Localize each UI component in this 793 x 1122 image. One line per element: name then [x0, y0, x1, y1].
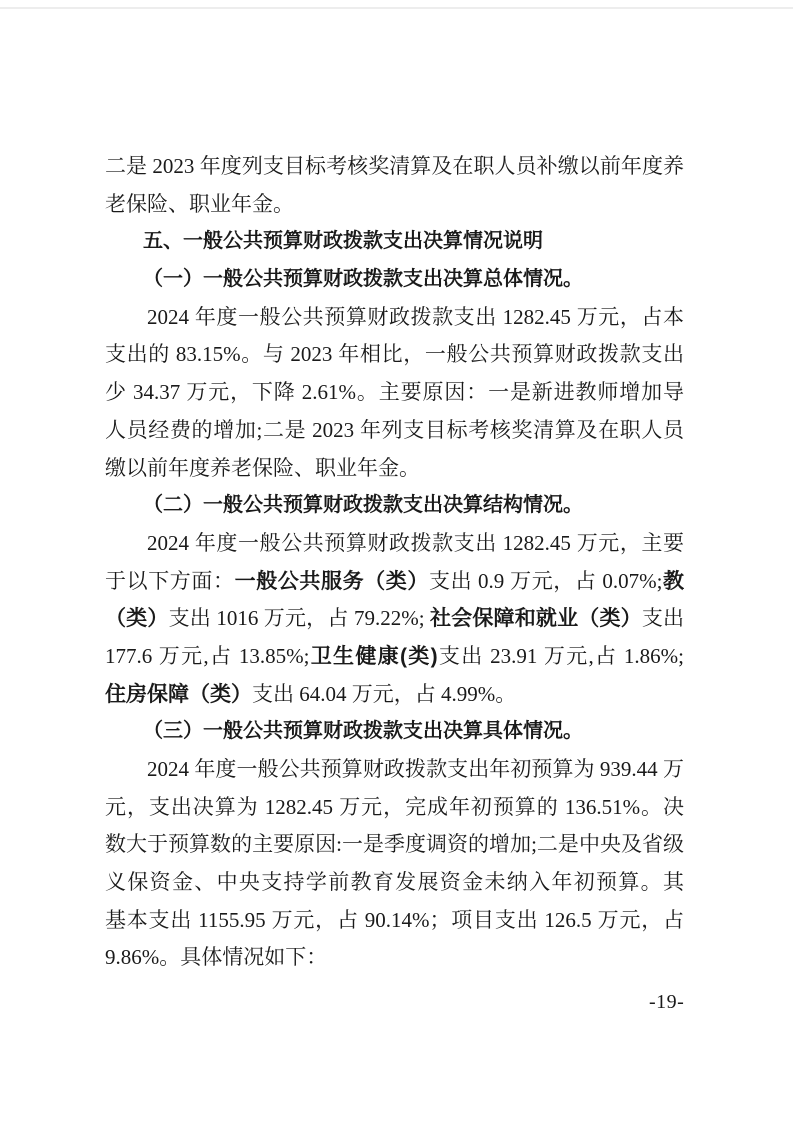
text-segment: 数大于预算数的主要原因:一是季度调资的增加;二是中央及省级 — [105, 832, 684, 856]
text-segment: 2024 年度一般公共预算财政拨款支出 1282.45 万元，主要用 — [105, 531, 684, 563]
text-line: 人员经费的增加;二是 2023 年列支目标考核奖清算及在职人员补 — [105, 412, 684, 450]
bold-text-segment: 住房保障（类） — [105, 683, 252, 706]
bold-text-segment: （三）一般公共预算财政拨款支出决算具体情况。 — [143, 720, 583, 742]
text-line: 元，支出决算为 1282.45 万元，完成年初预算的 136.51%。决算 — [105, 789, 684, 827]
text-segment: 元，支出决算为 1282.45 万元，完成年初预算的 136.51%。决算 — [105, 795, 684, 827]
page-number: -19- — [649, 991, 684, 1014]
text-segment: 支出 1016 万元，占 79.22%; — [169, 606, 430, 630]
text-segment: 2024 年度一般公共预算财政拨款支出年初预算为 939.44 万 — [147, 757, 684, 781]
text-segment: 缴以前年度养老保险、职业年金。 — [105, 456, 420, 480]
text-segment: 支出 23.91 万元,占 1.86%; — [438, 644, 684, 668]
text-segment: 177.6 万元,占 13.85%; — [105, 644, 309, 668]
text-line: 义保资金、中央支持学前教育发展资金未纳入年初预算。其中： — [105, 864, 684, 902]
text-line: 9.86%。具体情况如下： — [105, 939, 684, 977]
text-segment: 基本支出 1155.95 万元，占 90.14%；项目支出 126.5 万元，占 — [105, 908, 684, 932]
text-segment: 9.86%。具体情况如下： — [105, 945, 327, 969]
heading-line: 五、一般公共预算财政拨款支出决算情况说明 — [105, 223, 684, 261]
bold-text-segment: 社会保障和就业（类） — [430, 607, 642, 630]
text-line: 少 34.37 万元，下降 2.61%。主要原因：一是新进教师增加导致 — [105, 374, 684, 412]
text-line: 住房保障（类）支出 64.04 万元，占 4.99%。 — [105, 676, 684, 714]
text-segment: 二是 2023 年度列支目标考核奖清算及在职人员补缴以前年度养 — [105, 154, 684, 178]
document-body: 二是 2023 年度列支目标考核奖清算及在职人员补缴以前年度养老保险、职业年金。… — [105, 148, 684, 977]
text-line: 缴以前年度养老保险、职业年金。 — [105, 450, 684, 488]
text-line: 数大于预算数的主要原因:一是季度调资的增加;二是中央及省级 — [105, 826, 684, 864]
text-segment: 人员经费的增加;二是 2023 年列支目标考核奖清算及在职人员补 — [105, 418, 684, 450]
text-segment: 2024 年度一般公共预算财政拨款支出 1282.45 万元，占本年 — [105, 305, 684, 337]
bold-text-segment: 五、一般公共预算财政拨款支出决算情况说明 — [143, 230, 543, 252]
text-line: 二是 2023 年度列支目标考核奖清算及在职人员补缴以前年度养 — [105, 148, 684, 186]
text-line: 2024 年度一般公共预算财政拨款支出 1282.45 万元，占本年 — [105, 299, 684, 337]
heading-line: （三）一般公共预算财政拨款支出决算具体情况。 — [105, 713, 684, 751]
text-segment: 少 34.37 万元，下降 2.61%。主要原因：一是新进教师增加导致 — [105, 380, 684, 412]
text-line: 支出的 83.15%。与 2023 年相比，一般公共预算财政拨款支出减 — [105, 336, 684, 374]
text-segment: 老保险、职业年金。 — [105, 192, 294, 216]
text-line: 老保险、职业年金。 — [105, 186, 684, 224]
text-segment: 支出 — [642, 606, 684, 630]
text-segment: 支出 64.04 万元，占 4.99%。 — [252, 682, 516, 706]
bold-text-segment: （类） — [105, 607, 169, 630]
text-line: 2024 年度一般公共预算财政拨款支出年初预算为 939.44 万 — [105, 751, 684, 789]
text-line: 2024 年度一般公共预算财政拨款支出 1282.45 万元，主要用 — [105, 525, 684, 563]
text-line: 177.6 万元,占 13.85%;卫生健康(类)支出 23.91 万元,占 1… — [105, 638, 684, 676]
bold-text-segment: 卫生健康(类) — [309, 645, 437, 668]
heading-line: （二）一般公共预算财政拨款支出决算结构情况。 — [105, 487, 684, 525]
text-line: （类）支出 1016 万元，占 79.22%; 社会保障和就业（类）支出 — [105, 600, 684, 638]
page-top-edge — [0, 7, 793, 9]
bold-text-segment: （二）一般公共预算财政拨款支出决算结构情况。 — [143, 494, 583, 516]
text-segment: 于以下方面： — [105, 569, 235, 593]
text-segment: 支出 0.9 万元，占 0.07%; — [429, 569, 662, 593]
text-line: 于以下方面：一般公共服务（类）支出 0.9 万元，占 0.07%;教育 — [105, 563, 684, 601]
bold-text-segment: （一）一般公共预算财政拨款支出决算总体情况。 — [143, 268, 583, 290]
document-page: 二是 2023 年度列支目标考核奖清算及在职人员补缴以前年度养老保险、职业年金。… — [0, 0, 793, 1122]
bold-text-segment: 一般公共服务（类） — [235, 570, 429, 593]
text-line: 基本支出 1155.95 万元，占 90.14%；项目支出 126.5 万元，占 — [105, 902, 684, 940]
heading-line: （一）一般公共预算财政拨款支出决算总体情况。 — [105, 261, 684, 299]
text-segment: 义保资金、中央支持学前教育发展资金未纳入年初预算。其中： — [105, 870, 684, 902]
text-segment: 支出的 83.15%。与 2023 年相比，一般公共预算财政拨款支出减 — [105, 342, 684, 374]
